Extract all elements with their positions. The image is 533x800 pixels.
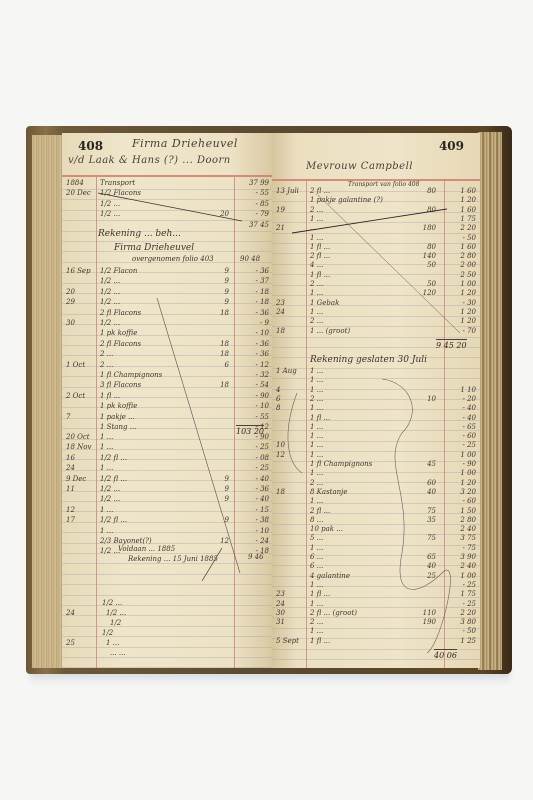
ledger-date: 25 [66,639,75,647]
ledger-amount: 1 50 [460,507,476,515]
ledger-desc: 2 fl ... (groot) [310,609,357,617]
ledger-amount: - 38 [256,516,270,524]
ledger-date: 9 Dec [66,475,86,483]
ledger-amount: - 25 [256,464,270,472]
ledger-qty: 80 [427,206,436,214]
ledger-amount: - 15 [256,506,270,514]
ledger-qty: 80 [427,243,436,251]
ledger-amount: 1 20 [460,317,476,325]
ledger-desc: 4 ... [310,261,323,269]
ledger-desc: 8 ... [310,516,323,524]
ruled-line [62,574,273,575]
ledger-date: 18 Nov [66,443,91,451]
ledger-desc: 1 fl ... [310,637,330,645]
right-page: 409 Mevrouw Campbell Transport van folio… [272,133,480,668]
ledger-date: 8 [276,404,280,412]
ruled-line [62,563,273,564]
ledger-desc: 1 Gebak [310,299,339,307]
ledger-qty: 9 [225,485,229,493]
ledger-amount: - 54 [256,381,270,389]
ledger-amount: 2 40 [460,562,476,570]
ledger-amount: 3 80 [460,618,476,626]
ledger-desc: 2 ... [310,317,323,325]
ledger-amount: 1 20 [460,289,476,297]
ledger-desc: 1 ... [310,600,323,608]
ledger-date: 23 [276,590,285,598]
ledger-amount: 1 10 [460,386,476,394]
ledger-amount: - 36 [256,485,270,493]
ledger-desc: 1/2 ... [100,277,120,285]
ledger-desc: 6 ... [310,553,323,561]
ledger-amount: - 40 [256,495,270,503]
ledger-amount: 3 20 [460,488,476,496]
ledger-desc: 1 ... [310,441,323,449]
ledger-qty: 65 [427,553,436,561]
ledger-desc: 2 ... [100,350,113,358]
ledger-date: 19 [276,206,285,214]
ledger-amount: 1 00 [460,469,476,477]
ledger-desc: 1 ... (groot) [310,327,350,335]
ledger-date: 12 [66,506,75,514]
ledger-qty: 12 [220,537,229,545]
ledger-qty: 80 [427,187,436,195]
ledger-amount: - 25 [463,441,477,449]
ruled-line [62,584,273,585]
ledger-desc: 1/2 ... [100,200,120,208]
ledger-desc: 1/2 fl ... [100,454,127,462]
ledger-amount: - 50 [463,234,477,242]
ledger-amount: 3 90 [460,553,476,561]
ledger-desc: 1 ... [310,367,323,375]
ledger-amount: - 40 [463,414,477,422]
left-header-line2: v/d Laak & Hans (?) ... Doorn [68,155,231,166]
ledger-amount: - 50 [463,627,477,635]
ledger-date: 1884 [66,179,84,187]
ledger-amount: - 40 [463,404,477,412]
ledger-desc: 1 ... [310,451,323,459]
ledger-qty: 50 [427,261,436,269]
ledger-desc: 3 fl Flacons [100,381,141,389]
ledger-qty: 18 [220,309,229,317]
ledger-row: 5 Sept1 fl ...1 25 [272,637,480,649]
left-section2-subtitle: Firma Drieheuvel [114,243,194,253]
ledger-desc: 1 ... [100,527,113,535]
ledger-date: 18 [276,327,285,335]
ledger-amount: - 36 [256,267,270,275]
ledger-date: 11 [66,485,75,493]
ledger-desc: 1/2 [102,629,113,637]
ledger-note-row: ... ... [62,649,273,661]
ledger-qty: 9 [225,495,229,503]
ledger-desc: 1 pk koffie [100,402,137,410]
ledger-qty: 18 [220,381,229,389]
ledger-desc: 2 ... [310,206,323,214]
left-header-rule [62,175,273,177]
ledger-qty: 50 [427,280,436,288]
ledger-amount: - 32 [256,371,270,379]
ledger-amount: - 10 [256,329,270,337]
left-section2-carry-amount: 90 48 [240,255,260,263]
ledger-desc: 1 ... [310,308,323,316]
left-page: 408 Firma Drieheuvel v/d Laak & Hans (?)… [62,133,273,668]
ledger-amount: - 85 [256,200,270,208]
ledger-desc: 1 Stang ... [100,423,136,431]
ledger-amount: - 40 [256,475,270,483]
ledger-desc: 2 ... [100,361,113,369]
ledger-desc: 1/2 ... [102,599,122,607]
ledger-date: 5 Sept [276,637,299,645]
ruled-line [62,667,273,668]
ledger-desc: 1/2 Flacons [100,189,141,197]
ledger-desc: 1 ... [310,215,323,223]
ledger-amount: - 90 [463,460,477,468]
ledger-amount: 1 00 [460,280,476,288]
ledger-amount: - 20 [463,395,477,403]
ledger-amount: 2 80 [460,252,476,260]
left-settled-note2: Rekening ... 15 Juni 1885 [128,555,218,563]
ledger-desc: 1/2 ... [100,485,120,493]
ledger-date: 30 [276,609,285,617]
ledger-desc: 8 Kastanje [310,488,347,496]
ledger-amount: - 36 [256,350,270,358]
ledger-qty: 18 [220,350,229,358]
ledger-desc: 2 fl Flacons [100,309,141,317]
ledger-date: 16 [66,454,75,462]
ledger-desc: 1 fl ... [100,392,120,400]
ledger-amount: - 60 [463,497,477,505]
ledger-amount: - 36 [256,309,270,317]
ledger-amount: - 12 [256,361,270,369]
ledger-qty: 25 [427,572,436,580]
ledger-qty: 60 [427,479,436,487]
ledger-qty: 190 [423,618,436,626]
ledger-date: 21 [276,224,285,232]
ledger-amount: 2 20 [460,609,476,617]
ledger-qty: 120 [423,289,436,297]
ledger-date: 29 [66,298,75,306]
ledger-qty: 140 [423,252,436,260]
ledger-desc: 2 ... [310,395,323,403]
ledger-desc: 1 ... [310,432,323,440]
ledger-desc: 1 ... [310,581,323,589]
right-subtotal: 9 45 20 [436,339,467,350]
ledger-amount: 3 75 [460,534,476,542]
ledger-amount: - 25 [463,581,477,589]
ledger-qty: 20 [220,210,229,218]
ledger-amount: - 36 [256,340,270,348]
ledger-qty: 180 [423,224,436,232]
ledger-desc: ... ... [110,649,126,657]
ledger-amount: - 75 [463,544,477,552]
ledger-qty: 45 [427,460,436,468]
ledger-amount: - 55 [256,413,270,421]
ledger-amount: 1 60 [460,243,476,251]
left-settled-amount: 9 46 [248,553,264,561]
ledger-amount: 1 60 [460,206,476,214]
ledger-desc: 1 fl Champignons [310,460,372,468]
ledger-desc: 1 fl Champignons [100,371,162,379]
ledger-amount: 2 80 [460,516,476,524]
ledger-amount: - 10 [256,402,270,410]
ledger-desc: 1 ... [100,443,113,451]
ledger-qty: 110 [423,609,436,617]
ledger-amount: 1 60 [460,187,476,195]
ledger-date: 6 [276,395,280,403]
ledger-date: 10 [276,441,285,449]
ledger-desc: 1/2 fl ... [100,475,127,483]
ledger-qty: 18 [220,340,229,348]
ledger-date: 24 [66,464,75,472]
ledger-desc: 10 pak ... [310,525,343,533]
ledger-date: 17 [66,516,75,524]
ledger-date: 1 Oct [66,361,85,369]
ledger-desc: 1 ... [310,423,323,431]
ledger-row: 37 45 [62,221,273,233]
ledger-desc: 1 pakje ... [100,413,135,421]
ledger-amount: - 9 [260,319,269,327]
ledger-date: 31 [276,618,285,626]
ruled-line [62,241,273,242]
ledger-date: 23 [276,299,285,307]
ledger-date: 13 Juli [276,187,299,195]
ledger-amount: - 30 [463,299,477,307]
ledger-amount: - 18 [256,298,270,306]
ledger-amount: - 90 [256,433,270,441]
ledger-desc: 1 ... [310,404,323,412]
ledger-desc: 1 fl ... [310,243,330,251]
ledger-amount: - 60 [463,432,477,440]
right-section2-title: Rekening geslaten 30 Juli [310,355,427,365]
ledger-desc: 1/2 [110,619,121,627]
ledger-desc: 1 ... [310,627,323,635]
ledger-qty: 75 [427,507,436,515]
ledger-desc: 1 ... [310,469,323,477]
ledger-amount: 2 40 [460,525,476,533]
ledger-date: 18 [276,488,285,496]
page-number-left: 408 [78,139,103,153]
ledger-desc: 1 ... [100,464,113,472]
ledger-qty: 35 [427,516,436,524]
ledger-date: 4 [276,386,280,394]
ledger-amount: - 24 [256,537,270,545]
ledger-desc: 2 fl Flacons [100,340,141,348]
ledger-amount: 1 75 [460,215,476,223]
ledger-qty: 9 [225,475,229,483]
ledger-amount: - 65 [463,423,477,431]
ledger-desc: Transport [100,179,135,187]
ledger-amount: - 70 [463,327,477,335]
ledger-desc: 1/2 Flacon [100,267,137,275]
ledger-desc: 1 pk koffie [100,329,137,337]
ledger-amount: 1 20 [460,196,476,204]
ledger-qty: 9 [225,288,229,296]
ledger-amount: - 08 [256,454,270,462]
ledger-amount: 2 20 [460,224,476,232]
left-header-line1: Firma Drieheuvel [132,137,238,150]
ledger-amount: - 90 [256,392,270,400]
ledger-amount: 1 25 [460,637,476,645]
ledger-desc: 1/2 ... [100,298,120,306]
ledger-desc: 1/2 ... [100,288,120,296]
ledger-desc: 1/2 ... [100,319,120,327]
ledger-amount: - 18 [256,288,270,296]
ledger-amount: 2 50 [460,271,476,279]
ledger-desc: 2 fl ... [310,252,330,260]
ledger-desc: 1 fl ... [310,271,330,279]
right-total: 40 06 [434,649,457,660]
ledger-desc: 5 ... [310,534,323,542]
ledger-amount: - 10 [256,527,270,535]
ledger-date: 20 Oct [66,433,90,441]
ledger-amount: 1 20 [460,308,476,316]
left-section2-carry: overgenomen folio 403 [132,255,214,263]
ledger-amount: 37 45 [249,221,269,229]
ledger-amount: 1 75 [460,590,476,598]
ledger-date: 24 [276,308,285,316]
ledger-amount: 1 00 [460,572,476,580]
ledger-desc: 1/2 fl ... [100,516,127,524]
left-settled-note: Voldaan ... 1885 [118,545,175,553]
ledger-date: 12 [276,451,285,459]
ledger-date: 2 Oct [66,392,85,400]
ledger-date: 20 [66,288,75,296]
ledger-desc: 2 fl ... [310,507,330,515]
ledger-desc: 1/2 ... [100,495,120,503]
page-edges-right [478,132,502,670]
right-header: Mevrouw Campbell [306,161,413,172]
ledger-qty: 9 [225,267,229,275]
ledger-desc: 1/2 ... [100,210,120,218]
ledger-desc: 2 ... [310,479,323,487]
ledger-amount: 37 99 [249,179,269,187]
ledger-desc: 2 fl ... [310,187,330,195]
ledger-date: 16 Sep [66,267,91,275]
ledger-desc: 1 ... [310,376,323,384]
ledger-qty: 6 [225,361,229,369]
ledger-date: 30 [66,319,75,327]
ledger-desc: 1 ... [310,289,323,297]
ledger-desc: 1 fl ... [310,590,330,598]
ledger-amount: - 25 [256,443,270,451]
ledger-amount: 1 00 [460,451,476,459]
ledger-amount: 1 20 [460,479,476,487]
ledger-desc: 2 ... [310,618,323,626]
ledger-desc: 1 ... [310,386,323,394]
ledger-qty: 10 [427,395,436,403]
ledger-row: 181 ... (groot)- 70 [272,327,480,339]
ledger-desc: 1 ... [106,639,119,647]
ledger-desc: 2 ... [310,280,323,288]
ledger-date: 24 [276,600,285,608]
ledger-desc: 1 ... [310,497,323,505]
ledger-amount: - 55 [256,189,270,197]
ledger-desc: 1 fl ... [310,414,330,422]
ledger-desc: 1 ... [310,234,323,242]
ledger-date: 20 Dec [66,189,91,197]
ledger-desc: 6 ... [310,562,323,570]
ruled-line [62,595,273,596]
page-number-right: 409 [439,139,464,153]
ledger-date: 24 [66,609,75,617]
ledger-desc: 1 ... [100,433,113,441]
ledger-qty: 75 [427,534,436,542]
ledger-desc: 1/2 ... [106,609,126,617]
ledger-qty: 9 [225,516,229,524]
ledger-amount: 2 00 [460,261,476,269]
ledger-desc: ... [310,224,317,232]
ledger-desc: 4 galantine [310,572,350,580]
ledger-desc: 1 ... [310,544,323,552]
ledger-desc: 1 ... [100,506,113,514]
ledger-desc: 1 pakje galantine (?) [310,196,383,204]
ledger-amount: - 79 [256,210,270,218]
ledger-amount: - 37 [256,277,270,285]
ledger-date: 7 [66,413,70,421]
ledger-desc: 2/3 Bayonet(?) [100,537,152,545]
ledger-qty: 9 [225,277,229,285]
ledger-qty: 40 [427,562,436,570]
ledger-amount: - 25 [463,600,477,608]
ledger-qty: 9 [225,298,229,306]
ledger-qty: 40 [427,488,436,496]
ledger-date: 1 Aug [276,367,297,375]
